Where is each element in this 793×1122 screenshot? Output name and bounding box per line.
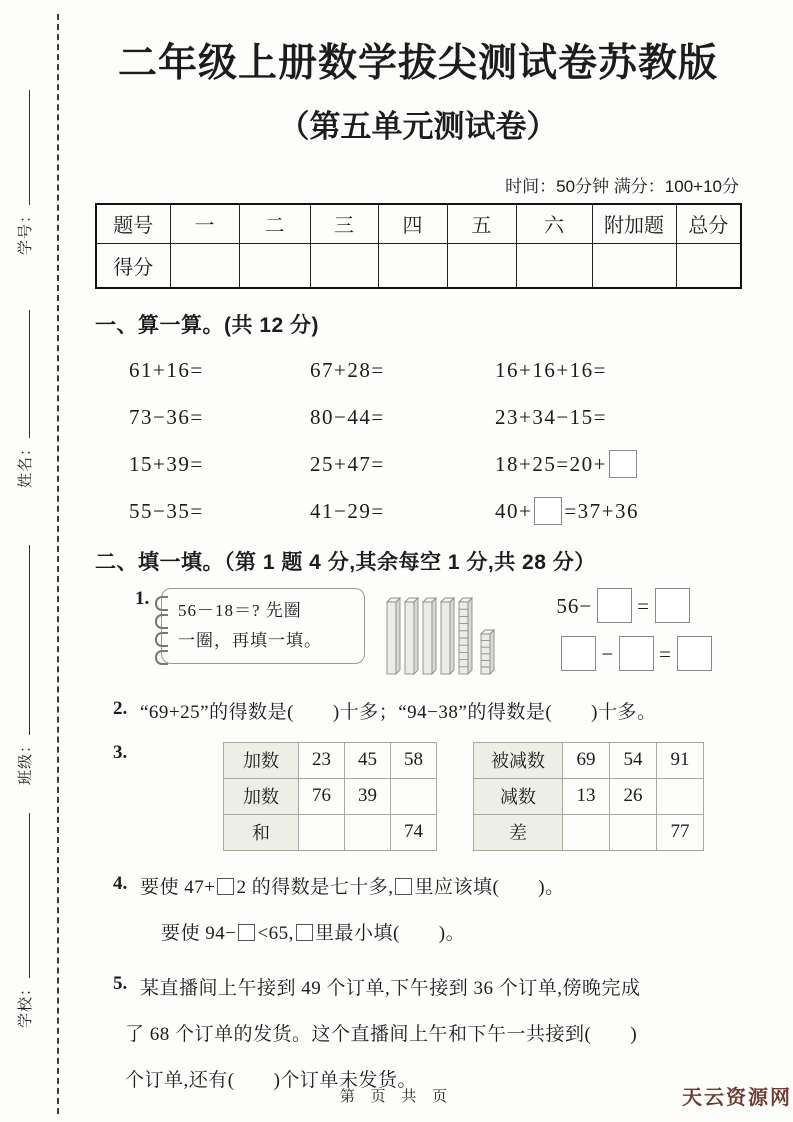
question-1: 1. 56－18＝? 先圈 一圈，再填一填。 <box>95 588 741 680</box>
table-row: 被减数 69 54 91 <box>474 742 704 778</box>
value-cell: 45 <box>345 742 391 778</box>
table-row: 加数 23 45 58 <box>224 742 437 778</box>
section1-heading: 一、算一算。(共 12 分) <box>95 309 741 339</box>
math-expression: 25+47= <box>310 449 495 479</box>
math-expression: 40+=37+36 <box>495 496 741 526</box>
s1-row: 61+16= 67+28= 16+16+16= <box>95 355 741 385</box>
student-number-label: 学号： <box>17 207 34 255</box>
test-paper-page: { "page": { "title": "二年级上册数学拔尖测试卷苏教版", … <box>0 0 793 1122</box>
page-title: 二年级上册数学拔尖测试卷苏教版 <box>95 40 741 89</box>
question-2: 2. “69+25”的得数是( )十多；“94−38”的得数是( )十多。 <box>95 698 741 728</box>
answer-box <box>395 878 412 895</box>
score-header-cell: 总分 <box>676 204 741 244</box>
value-cell: 26 <box>610 778 657 814</box>
name-label: 姓名： <box>17 440 34 488</box>
score-header-cell: 六 <box>516 204 592 244</box>
answer-box <box>655 588 690 623</box>
value-cell: 23 <box>299 742 345 778</box>
math-expression: 23+34−15= <box>495 402 741 432</box>
question-text: 要使 47+2 的得数是七十多,里应该填( )。 <box>140 873 565 903</box>
q1-equations: 56−= −= <box>556 588 741 671</box>
score-header-cell: 二 <box>239 204 310 244</box>
answer-box <box>534 497 562 525</box>
row-header-cell: 加数 <box>224 778 299 814</box>
s1-row: 73−36= 80−44= 23+34−15= <box>95 402 741 432</box>
value-cell: 39 <box>345 778 391 814</box>
score-empty-cell <box>676 243 741 288</box>
score-header-cell: 五 <box>447 204 516 244</box>
score-empty-cell <box>170 243 239 288</box>
row-header-cell: 和 <box>224 814 299 850</box>
question-text: 要使 94−<65,里最小填( )。 <box>95 919 741 949</box>
score-table: 题号 一 二 三 四 五 六 附加题 总分 得分 <box>95 203 742 289</box>
score-empty-cell <box>447 243 516 288</box>
sidebar-item-name: 姓名： <box>14 310 35 488</box>
answer-cell <box>299 814 345 850</box>
time-and-score-info: 时间：50分钟 满分：100+10分 <box>95 172 741 197</box>
score-header-cell: 四 <box>378 204 447 244</box>
score-row-label: 得分 <box>96 243 170 288</box>
note-text-line1: 56－18＝? 先圈 <box>178 596 354 626</box>
sidebar-item-student-number: 学号： <box>14 90 35 255</box>
math-expression: 55−35= <box>129 496 310 526</box>
q1-equation-2: −= <box>556 636 717 671</box>
table-row: 加数 76 39 <box>224 778 437 814</box>
answer-cell <box>657 778 704 814</box>
value-cell: 58 <box>391 742 437 778</box>
score-empty-cell <box>378 243 447 288</box>
answer-box <box>217 878 234 895</box>
question-number: 5. <box>113 973 140 995</box>
school-blank-line <box>27 813 30 978</box>
answer-cell <box>563 814 610 850</box>
math-expression: 67+28= <box>310 355 495 385</box>
sidebar-item-school: 学校： <box>14 813 35 1028</box>
row-header-cell: 被减数 <box>474 742 563 778</box>
spiral-ring-icon <box>155 596 168 611</box>
sidebar-item-class: 班级： <box>14 545 35 785</box>
math-expression: 61+16= <box>129 355 310 385</box>
answer-cell <box>610 814 657 850</box>
addition-table: 加数 23 45 58 加数 76 39 和 74 <box>223 742 437 851</box>
q1-equation-1: 56−= <box>556 588 717 623</box>
table-row: 和 74 <box>224 814 437 850</box>
value-cell: 91 <box>657 742 704 778</box>
score-table-score-row: 得分 <box>96 243 741 288</box>
value-cell: 69 <box>563 742 610 778</box>
s1-row: 15+39= 25+47= 18+25=20+ <box>95 449 741 479</box>
math-expression: 18+25=20+ <box>495 449 741 479</box>
class-blank-line <box>27 545 30 735</box>
score-header-cell: 题号 <box>96 204 170 244</box>
score-header-cell: 三 <box>310 204 378 244</box>
row-header-cell: 加数 <box>224 742 299 778</box>
page-number-footer: 第 页 共 页 <box>0 1085 793 1106</box>
name-blank-line <box>27 310 30 438</box>
value-cell: 77 <box>657 814 704 850</box>
spiral-ring-icon <box>155 614 168 629</box>
score-header-cell: 附加题 <box>592 204 676 244</box>
answer-cell <box>391 778 437 814</box>
answer-cell <box>345 814 391 850</box>
subtraction-table: 被减数 69 54 91 减数 13 26 差 77 <box>473 742 704 851</box>
score-empty-cell <box>592 243 676 288</box>
paper-main-column: 二年级上册数学拔尖测试卷苏教版 （第五单元测试卷） 时间：50分钟 满分：100… <box>95 0 741 1096</box>
score-header-cell: 一 <box>170 204 239 244</box>
school-label: 学校： <box>17 980 34 1028</box>
watermark: 天云资源网 <box>682 1081 792 1110</box>
answer-box <box>609 450 637 478</box>
table-row: 差 77 <box>474 814 704 850</box>
question-text: 了 68 个订单的发货。这个直播间上午和下午一共接到( ) <box>95 1019 741 1050</box>
answer-box <box>561 636 596 671</box>
student-number-blank-line <box>27 90 30 205</box>
question-text: “69+25”的得数是( )十多；“94−38”的得数是( )十多。 <box>140 698 656 728</box>
math-expression: 80−44= <box>310 402 495 432</box>
answer-box <box>677 636 712 671</box>
class-label: 班级： <box>17 737 34 785</box>
score-empty-cell <box>310 243 378 288</box>
question-number: 4. <box>113 873 140 895</box>
math-expression: 73−36= <box>129 402 310 432</box>
value-cell: 54 <box>610 742 657 778</box>
question-number: 3. <box>113 742 135 764</box>
page-subtitle: （第五单元测试卷） <box>95 101 741 146</box>
spiral-ring-icon <box>155 632 168 647</box>
row-header-cell: 减数 <box>474 778 563 814</box>
spiral-ring-icon <box>155 650 168 665</box>
score-table-header-row: 题号 一 二 三 四 五 六 附加题 总分 <box>96 204 741 244</box>
math-expression: 16+16+16= <box>495 355 741 385</box>
row-header-cell: 差 <box>474 814 563 850</box>
note-text-line2: 一圈，再填一填。 <box>178 626 354 656</box>
value-cell: 74 <box>391 814 437 850</box>
score-empty-cell <box>239 243 310 288</box>
base-ten-blocks-illustration <box>381 588 507 680</box>
section1-problems: 61+16= 67+28= 16+16+16= 73−36= 80−44= 23… <box>95 355 741 526</box>
question-text: 某直播间上午接到 49 个订单,下午接到 36 个订单,傍晚完成 <box>140 973 641 1004</box>
answer-box <box>296 924 313 941</box>
table-row: 减数 13 26 <box>474 778 704 814</box>
question-number: 2. <box>113 698 140 720</box>
value-cell: 76 <box>299 778 345 814</box>
question-5: 5. 某直播间上午接到 49 个订单,下午接到 36 个订单,傍晚完成 了 68… <box>95 973 741 1096</box>
note-box: 56－18＝? 先圈 一圈，再填一填。 <box>161 588 365 664</box>
math-expression: 41−29= <box>310 496 495 526</box>
seal-dashed-line <box>57 14 59 1114</box>
section2-heading: 二、填一填。（第 1 题 4 分,其余每空 1 分,共 28 分） <box>95 546 741 576</box>
question-4: 4. 要使 47+2 的得数是七十多,里应该填( )。 要使 94−<65,里最… <box>95 873 741 949</box>
s1-row: 55−35= 41−29= 40+=37+36 <box>95 496 741 526</box>
math-expression: 15+39= <box>129 449 310 479</box>
score-empty-cell <box>516 243 592 288</box>
answer-box <box>597 588 632 623</box>
answer-box <box>619 636 654 671</box>
question-3: 3. 加数 23 45 58 加数 76 39 和 74 <box>95 742 741 851</box>
answer-box <box>238 924 255 941</box>
value-cell: 13 <box>563 778 610 814</box>
